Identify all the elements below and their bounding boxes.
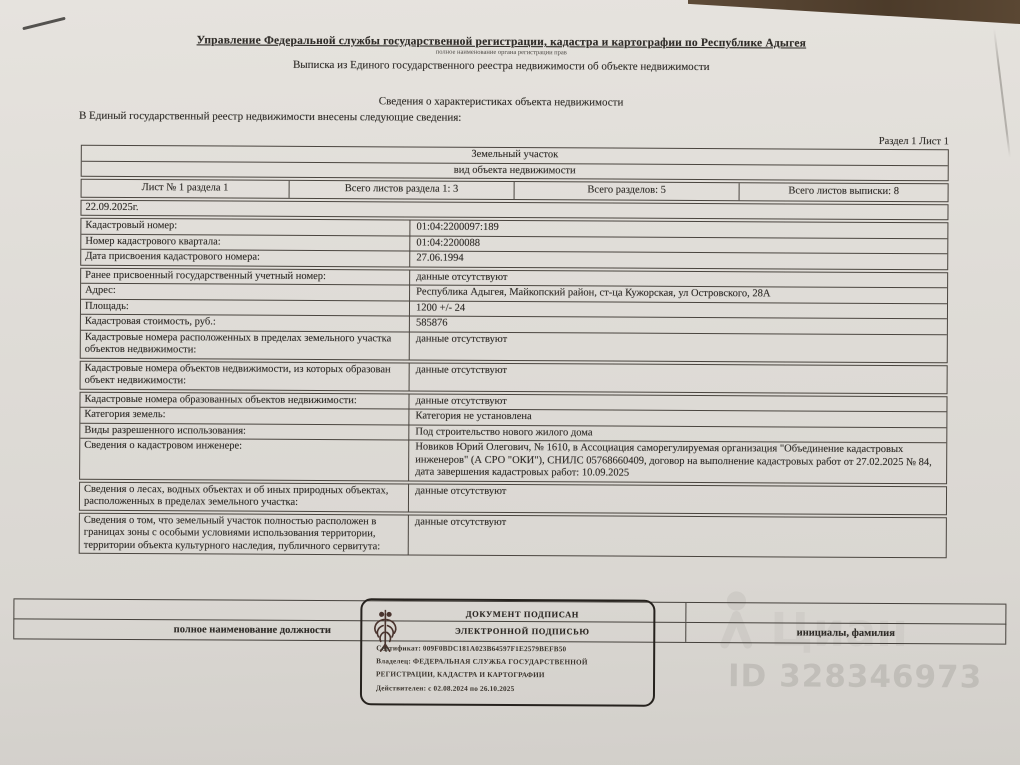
row-value: Республика Адыгея, Майкопский район, ст-… bbox=[410, 285, 947, 302]
cadastral-ids-section: Кадастровый номер: 01:04:2200097:189 Ном… bbox=[80, 218, 948, 270]
sheet-counts-row: Лист № 1 раздела 1 Всего листов раздела … bbox=[82, 180, 948, 201]
forests-section: Сведения о лесах, водных объектах и об и… bbox=[79, 481, 947, 515]
table-row-forests-water: Сведения о лесах, водных объектах и об и… bbox=[80, 482, 946, 514]
row-value: 1200 +/- 24 bbox=[410, 301, 947, 318]
table-row-cadastral-engineer: Сведения о кадастровом инженере: Новиков… bbox=[80, 438, 946, 483]
row-value: 01:04:2200088 bbox=[410, 236, 947, 253]
stamp-title-line1: ДОКУМЕНТ ПОДПИСАН bbox=[402, 608, 642, 619]
row-value: 585876 bbox=[410, 316, 947, 333]
row-value: 01:04:2200097:189 bbox=[410, 220, 947, 237]
row-label: Сведения о том, что земельный участок по… bbox=[80, 513, 409, 554]
section-heading: Сведения о характеристиках объекта недви… bbox=[1, 93, 1001, 110]
table-row-source-objects: Кадастровые номера объектов недвижимости… bbox=[81, 361, 947, 393]
sheet-number-cell: Лист № 1 раздела 1 bbox=[82, 180, 290, 198]
object-type-caption-row: вид объекта недвижимости bbox=[82, 160, 948, 180]
date-section: 22.09.2025г. bbox=[80, 199, 948, 220]
document-header: Управление Федеральной службы государств… bbox=[1, 33, 1001, 110]
row-label: Кадастровая стоимость, руб.: bbox=[81, 315, 410, 331]
source-objects-section: Кадастровые номера объектов недвижимости… bbox=[80, 360, 948, 394]
row-value: данные отсутствуют bbox=[410, 270, 947, 287]
row-label: Адрес: bbox=[81, 284, 410, 300]
total-sections-cell: Всего разделов: 5 bbox=[515, 182, 740, 200]
row-value: Категория не установлена bbox=[409, 409, 946, 426]
row-value: Новиков Юрий Олегович, № 1610, в Ассоциа… bbox=[409, 440, 946, 482]
row-label: Кадастровые номера расположенных в преде… bbox=[81, 330, 410, 359]
row-label: Категория земель: bbox=[80, 408, 409, 424]
name-label-cell: инициалы, фамилия bbox=[686, 623, 1005, 644]
row-label: Виды разрешенного использования: bbox=[80, 423, 409, 439]
extract-title: Выписка из Единого государственного реес… bbox=[1, 57, 1001, 74]
row-label: Сведения о лесах, водных объектах и об и… bbox=[80, 482, 409, 511]
stamp-owner-line1: Владелец: ФЕДЕРАЛЬНАЯ СЛУЖБА ГОСУДАРСТВЕ… bbox=[376, 657, 588, 666]
row-value: данные отсутствуют bbox=[409, 515, 946, 557]
row-value: данные отсутствуют bbox=[409, 484, 946, 514]
total-sheets-cell: Всего листов выписки: 8 bbox=[740, 183, 948, 201]
row-label: Ранее присвоенный государственный учетны… bbox=[81, 268, 410, 284]
row-label: Площадь: bbox=[81, 299, 410, 315]
object-details-section: Ранее присвоенный государственный учетны… bbox=[80, 267, 948, 363]
object-type-section: Земельный участок вид объекта недвижимос… bbox=[81, 145, 949, 182]
row-label: Кадастровые номера объектов недвижимости… bbox=[81, 361, 410, 390]
sheet-counts-section: Лист № 1 раздела 1 Всего листов раздела … bbox=[81, 179, 949, 202]
row-label: Кадастровые номера образованных объектов… bbox=[80, 392, 409, 408]
characteristics-table: Земельный участок вид объекта недвижимос… bbox=[79, 145, 949, 559]
row-value: Под строительство нового жилого дома bbox=[409, 425, 946, 442]
row-value: данные отсутствуют bbox=[410, 394, 947, 411]
stamp-owner-line2: РЕГИСТРАЦИИ, КАДАСТРА И КАРТОГРАФИИ bbox=[376, 670, 545, 679]
row-value: данные отсутствуют bbox=[410, 332, 947, 362]
stamp-title-line2: ЭЛЕКТРОННОЙ ПОДПИСЬЮ bbox=[402, 625, 642, 636]
table-row-special-zones: Сведения о том, что земельный участок по… bbox=[80, 513, 946, 557]
stamp-validity: Действителен: с 02.08.2024 по 26.10.2025 bbox=[376, 684, 514, 693]
section-sheets-cell: Всего листов раздела 1: 3 bbox=[289, 181, 514, 199]
stamp-certificate: Сертификат: 009F0BDC181A023B64597F1E2579… bbox=[376, 644, 566, 653]
row-label: Номер кадастрового квартала: bbox=[81, 234, 410, 250]
land-info-section: Кадастровые номера образованных объектов… bbox=[79, 391, 947, 484]
digital-signature-stamp: ДОКУМЕНТ ПОДПИСАН ЭЛЕКТРОННОЙ ПОДПИСЬЮ С… bbox=[360, 598, 656, 707]
special-zones-section: Сведения о том, что земельный участок по… bbox=[79, 512, 947, 558]
row-value: 27.06.1994 bbox=[410, 251, 947, 268]
intro-line: В Единый государственный реестр недвижим… bbox=[79, 110, 461, 124]
table-row-objects-within: Кадастровые номера расположенных в преде… bbox=[81, 329, 947, 362]
extract-date-row: 22.09.2025г. bbox=[81, 200, 947, 219]
row-label: Кадастровый номер: bbox=[81, 219, 410, 235]
row-label: Сведения о кадастровом инженере: bbox=[80, 439, 409, 480]
row-label: Дата присвоения кадастрового номера: bbox=[81, 250, 410, 266]
row-value: данные отсутствуют bbox=[410, 363, 947, 393]
document-page: Управление Федеральной службы государств… bbox=[0, 0, 1020, 765]
name-label: инициалы, фамилия bbox=[797, 628, 895, 640]
cian-id-text: ID 328346973 bbox=[728, 658, 982, 695]
signature-line-cell bbox=[686, 603, 1005, 624]
